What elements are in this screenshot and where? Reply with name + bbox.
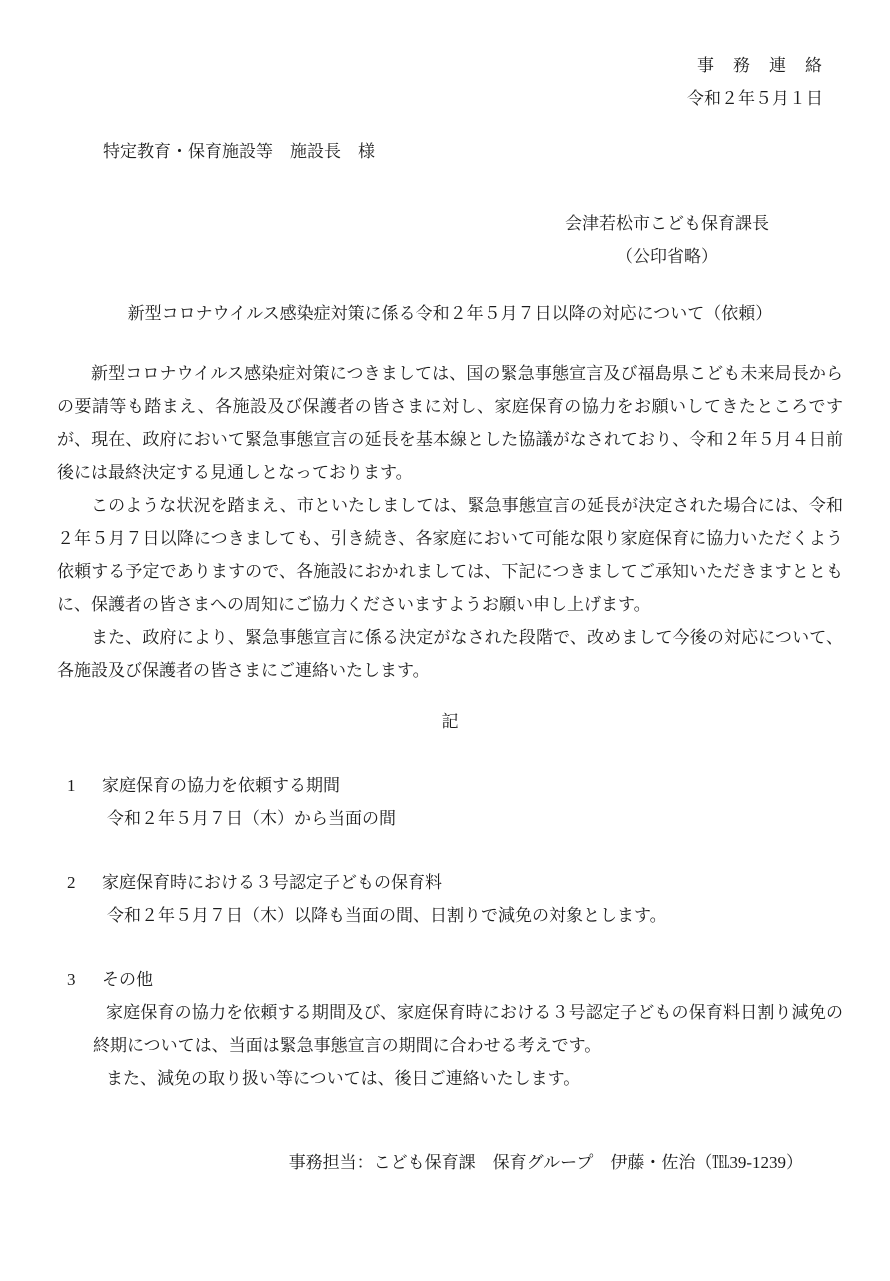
list-item-3-note-2: また、減免の取り扱い等については、後日ご連絡いたします。 bbox=[57, 1062, 843, 1095]
doc-date: 令和２年５月１日 bbox=[57, 82, 843, 115]
list-item-2-heading: 家庭保育時における３号認定子どもの保育料 bbox=[102, 866, 843, 899]
list-item-3-note-1: 家庭保育の協力を依頼する期間及び、家庭保育時における３号認定子どもの保育料日割り… bbox=[57, 996, 843, 1062]
sender-title: 会津若松市こども保育課長 bbox=[565, 207, 769, 240]
addressee-line: 特定教育・保育施設等 施設長 様 bbox=[57, 135, 843, 168]
body-paragraph-2: このような状況を踏まえ、市といたしましては、緊急事態宣言の延長が決定された場合に… bbox=[57, 489, 843, 621]
list-item-1-body: 令和２年５月７日（木）から当面の間 bbox=[57, 802, 843, 835]
sender-block: 会津若松市こども保育課長 （公印省略） bbox=[57, 207, 843, 273]
body-paragraphs: 新型コロナウイルス感染症対策につきましては、国の緊急事態宣言及び福島県こども未来… bbox=[57, 357, 843, 687]
list-item-2: 2 家庭保育時における３号認定子どもの保育料 令和２年５月７日（木）以降も当面の… bbox=[57, 866, 843, 932]
doc-type-label: 事 務 連 絡 bbox=[57, 49, 843, 82]
record-marker: 記 bbox=[57, 705, 843, 738]
list-item-3-heading: その他 bbox=[102, 963, 843, 996]
subject-title: 新型コロナウイルス感染症対策に係る令和２年５月７日以降の対応について（依頼） bbox=[57, 297, 843, 330]
official-notice-document: 事 務 連 絡 令和２年５月１日 特定教育・保育施設等 施設長 様 会津若松市こ… bbox=[0, 0, 890, 1281]
list-item-2-number: 2 bbox=[67, 866, 102, 899]
list-item-1-heading-row: 1 家庭保育の協力を依頼する期間 bbox=[57, 769, 843, 802]
body-paragraph-1: 新型コロナウイルス感染症対策につきましては、国の緊急事態宣言及び福島県こども未来… bbox=[57, 357, 843, 489]
list-item-2-heading-row: 2 家庭保育時における３号認定子どもの保育料 bbox=[57, 866, 843, 899]
list-item-3-number: 3 bbox=[67, 963, 102, 996]
list-item-1: 1 家庭保育の協力を依頼する期間 令和２年５月７日（木）から当面の間 bbox=[57, 769, 843, 835]
list-item-1-number: 1 bbox=[67, 769, 102, 802]
list-item-3-heading-row: 3 その他 bbox=[57, 963, 843, 996]
list-item-3: 3 その他 家庭保育の協力を依頼する期間及び、家庭保育時における３号認定子どもの… bbox=[57, 963, 843, 1095]
seal-omitted-note: （公印省略） bbox=[565, 240, 769, 273]
footer-contact-line: 事務担当：こども保育課 保育グループ 伊藤・佐治（℡39-1239） bbox=[57, 1146, 843, 1179]
list-item-2-body: 令和２年５月７日（木）以降も当面の間、日割りで減免の対象とします。 bbox=[57, 899, 843, 932]
body-paragraph-3: また、政府により、緊急事態宣言に係る決定がなされた段階で、改めまして今後の対応に… bbox=[57, 621, 843, 687]
list-item-1-heading: 家庭保育の協力を依頼する期間 bbox=[102, 769, 843, 802]
